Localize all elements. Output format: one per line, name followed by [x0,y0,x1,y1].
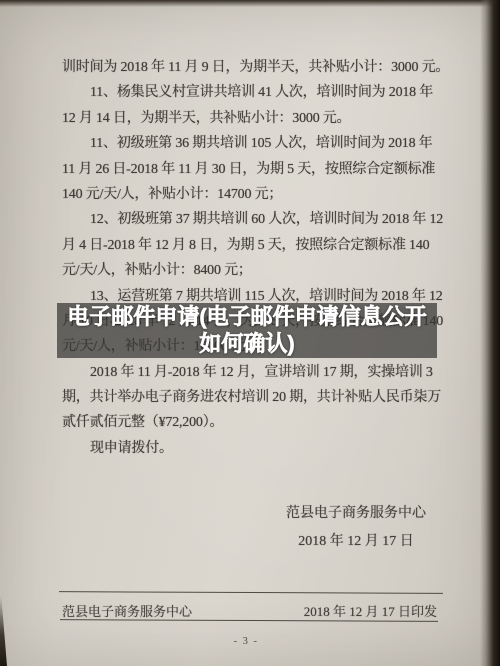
document-line: 训时间为 2018 年 11 月 9 日，为期半天，共补贴小计：3000 元。 [62,55,444,80]
page-number: - 3 - [0,636,492,647]
document-line: 元/天/人，补贴小计：8400 元； [62,258,444,283]
document-line: 月 4 日-2018 年 12 月 8 日，为期 5 天，按照综合定额标准 14… [62,233,444,258]
signature-date: 2018 年 12 月 17 日 [253,528,459,556]
document-line: 140 元/天/人，补贴小计：14700 元； [62,182,444,207]
document-line: 11、杨集民义村宣讲共培训 41 人次，培训时间为 2018 年 [62,80,444,105]
document-line: 12、初级班第 37 期共培训 60 人次，培训时间为 2018 年 12 [62,207,444,232]
title-overlay-line1: 电子邮件申请(电子邮件申请信息公开 [67,304,426,331]
document-photo: 训时间为 2018 年 11 月 9 日，为期半天，共补贴小计：3000 元。 … [0,0,500,666]
document-body: 训时间为 2018 年 11 月 9 日，为期半天，共补贴小计：3000 元。 … [62,55,444,461]
document-line: 贰仟贰佰元整（¥72,200）。 [62,410,444,435]
signature-org: 范县电子商务服务中心 [253,500,459,528]
title-overlay: 电子邮件申请(电子邮件申请信息公开 如何确认) [57,303,437,358]
signature-block: 范县电子商务服务中心 2018 年 12 月 17 日 [253,500,459,556]
document-line: 11、初级班第 36 期共培训 105 人次，培训时间为 2018 年 [62,131,444,156]
footer-org: 范县电子商务服务中心 [62,601,192,620]
document-line: 11 月 26 日-2018 年 11 月 30 日，为期 5 天，按照综合定额… [62,157,444,182]
document-line: 期，共计举办电子商务进农村培训 20 期，共计补贴人民币柒万 [62,385,444,410]
document-line: 2018 年 11 月-2018 年 12 月，宣讲培训 17 期，实操培训 3 [62,360,444,385]
document-line: 12 月 14 日，为期半天，共补贴小计：3000 元。 [62,106,444,131]
title-overlay-line2: 如何确认) [199,331,294,358]
photo-edge-shadow-right [480,0,500,666]
footer: 范县电子商务服务中心 2018 年 12 月 17 日印发 [62,601,437,620]
footer-issue-date: 2018 年 12 月 17 日印发 [304,601,437,620]
photo-edge-shadow-top [0,0,500,7]
document-line: 现申请拨付。 [62,436,444,461]
